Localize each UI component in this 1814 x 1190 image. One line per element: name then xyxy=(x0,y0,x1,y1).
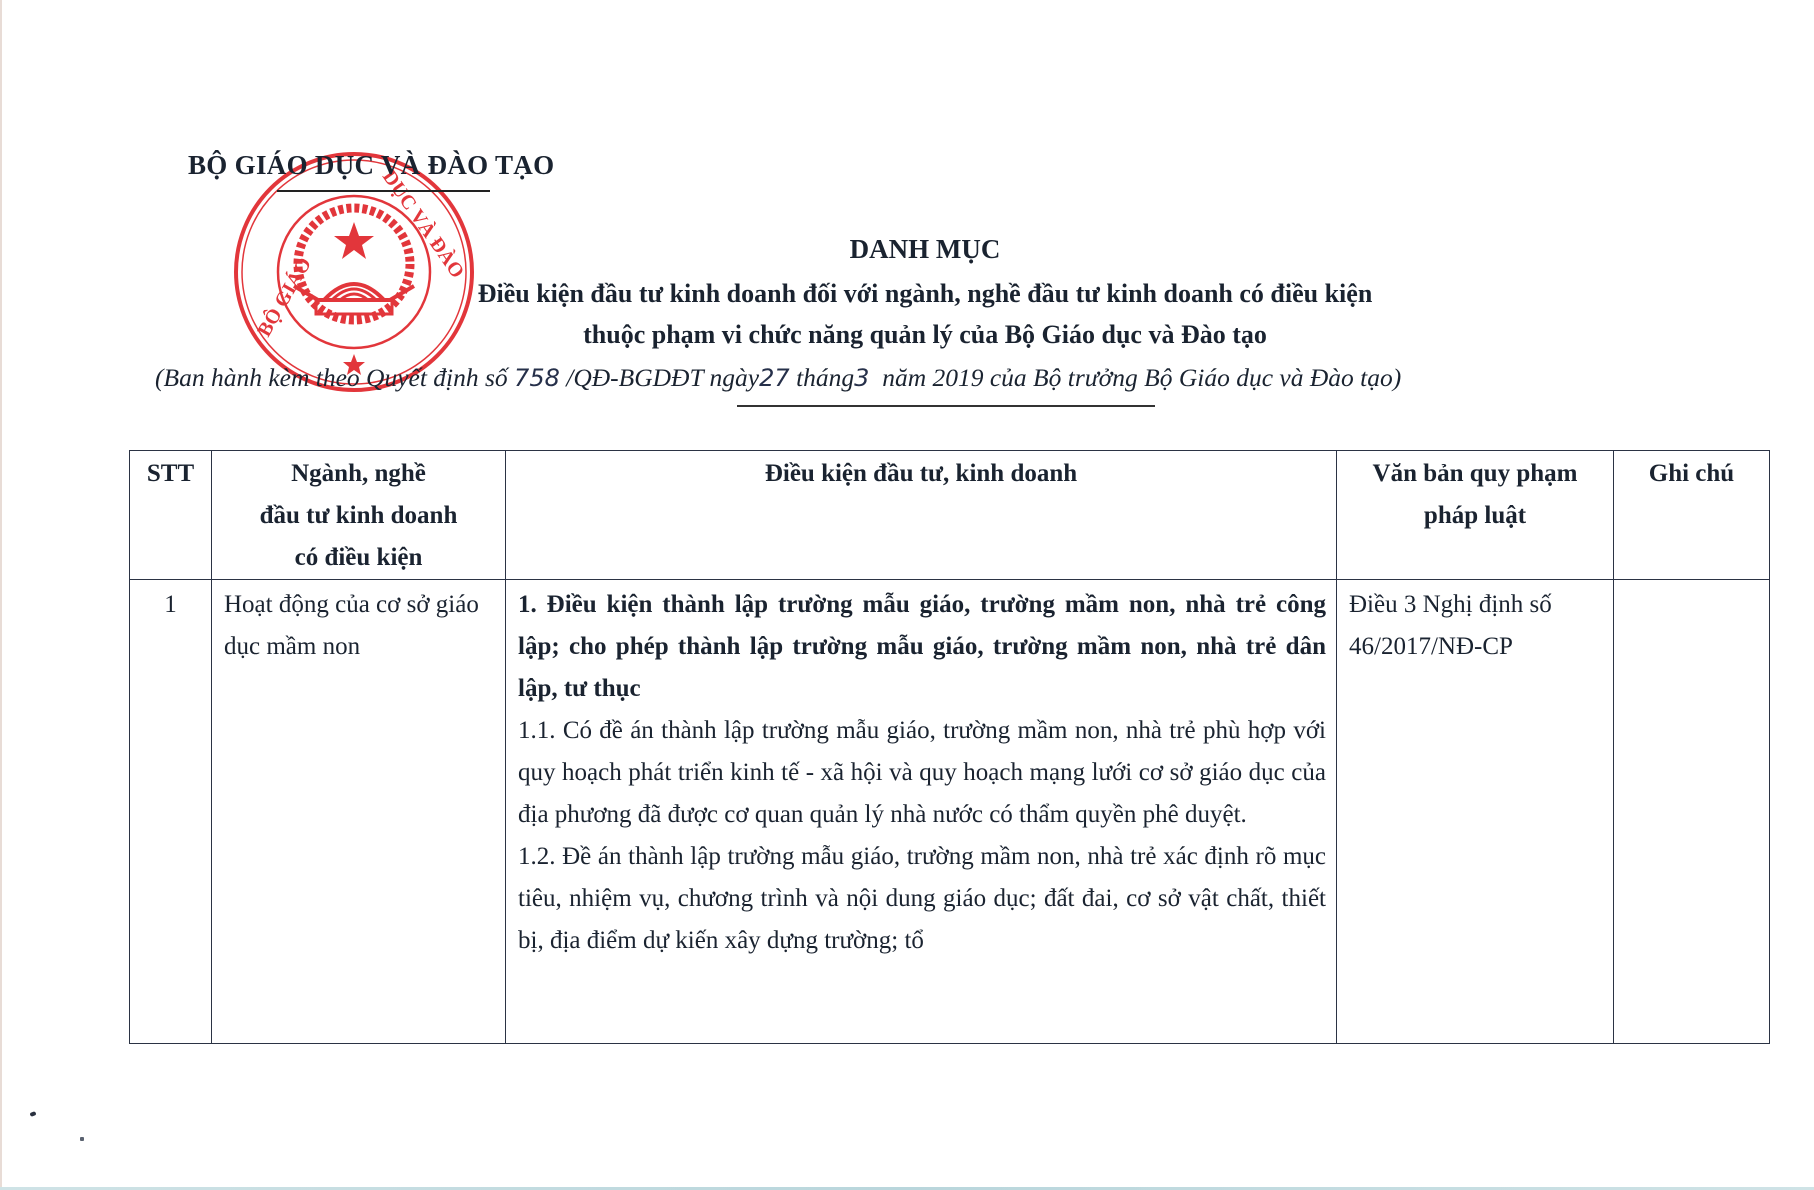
issuing-authority: BỘ GIÁO DỤC VÀ ĐÀO TẠO xyxy=(188,150,554,181)
decision-day: 27 xyxy=(759,364,790,392)
table-row: 1 Hoạt động của cơ sở giáo dục mầm non 1… xyxy=(130,580,1770,1044)
cell-legal-document: Điều 3 Nghị định số 46/2017/NĐ-CP xyxy=(1337,580,1614,1044)
condition-item: 1.2. Đề án thành lập trường mẫu giáo, tr… xyxy=(518,836,1326,962)
scan-speck xyxy=(29,1111,36,1117)
document-subtitle-line1: Điều kiện đầu tư kinh doanh đối với ngàn… xyxy=(0,279,1814,309)
condition-section-title: 1. Điều kiện thành lập trường mẫu giáo, … xyxy=(518,584,1326,710)
conditions-table: STT Ngành, nghề đầu tư kinh doanh có điề… xyxy=(129,450,1770,1044)
document-title: DANH MỤC xyxy=(0,234,1814,265)
cell-conditions: 1. Điều kiện thành lập trường mẫu giáo, … xyxy=(506,580,1337,1044)
col-header-sector: Ngành, nghề đầu tư kinh doanh có điều ki… xyxy=(212,451,506,580)
table-header-row: STT Ngành, nghề đầu tư kinh doanh có điề… xyxy=(130,451,1770,580)
cell-stt: 1 xyxy=(130,580,212,1044)
col-header-stt: STT xyxy=(130,451,212,580)
cell-note xyxy=(1614,580,1770,1044)
issuance-suffix: năm 2019 của Bộ trưởng Bộ Giáo dục và Đà… xyxy=(882,363,1401,392)
col-header-law: Văn bản quy phạm pháp luật xyxy=(1337,451,1614,580)
page-edge xyxy=(0,0,2,1190)
scan-speck xyxy=(80,1137,84,1141)
col-header-note: Ghi chú xyxy=(1614,451,1770,580)
condition-item: 1.1. Có đề án thành lập trường mẫu giáo,… xyxy=(518,710,1326,836)
decision-month: 3 xyxy=(854,364,869,392)
issuance-note: (Ban hành kèm theo Quyết định số 758 /QĐ… xyxy=(155,363,1401,393)
issuance-underline xyxy=(737,405,1155,407)
document-subtitle-line2: thuộc phạm vi chức năng quản lý của Bộ G… xyxy=(0,320,1814,350)
month-label: tháng xyxy=(796,363,854,392)
issuance-prefix: (Ban hành kèm theo Quyết định số xyxy=(155,363,508,392)
authority-underline xyxy=(277,190,490,192)
decision-code: /QĐ-BGDĐT ngày xyxy=(566,363,759,392)
cell-sector: Hoạt động của cơ sở giáo dục mầm non xyxy=(212,580,506,1044)
official-seal-icon: BỘ GIÁO DỤC VÀ ĐÀO xyxy=(232,150,477,395)
col-header-conditions: Điều kiện đầu tư, kinh doanh xyxy=(506,451,1337,580)
decision-number: 758 xyxy=(514,364,560,392)
